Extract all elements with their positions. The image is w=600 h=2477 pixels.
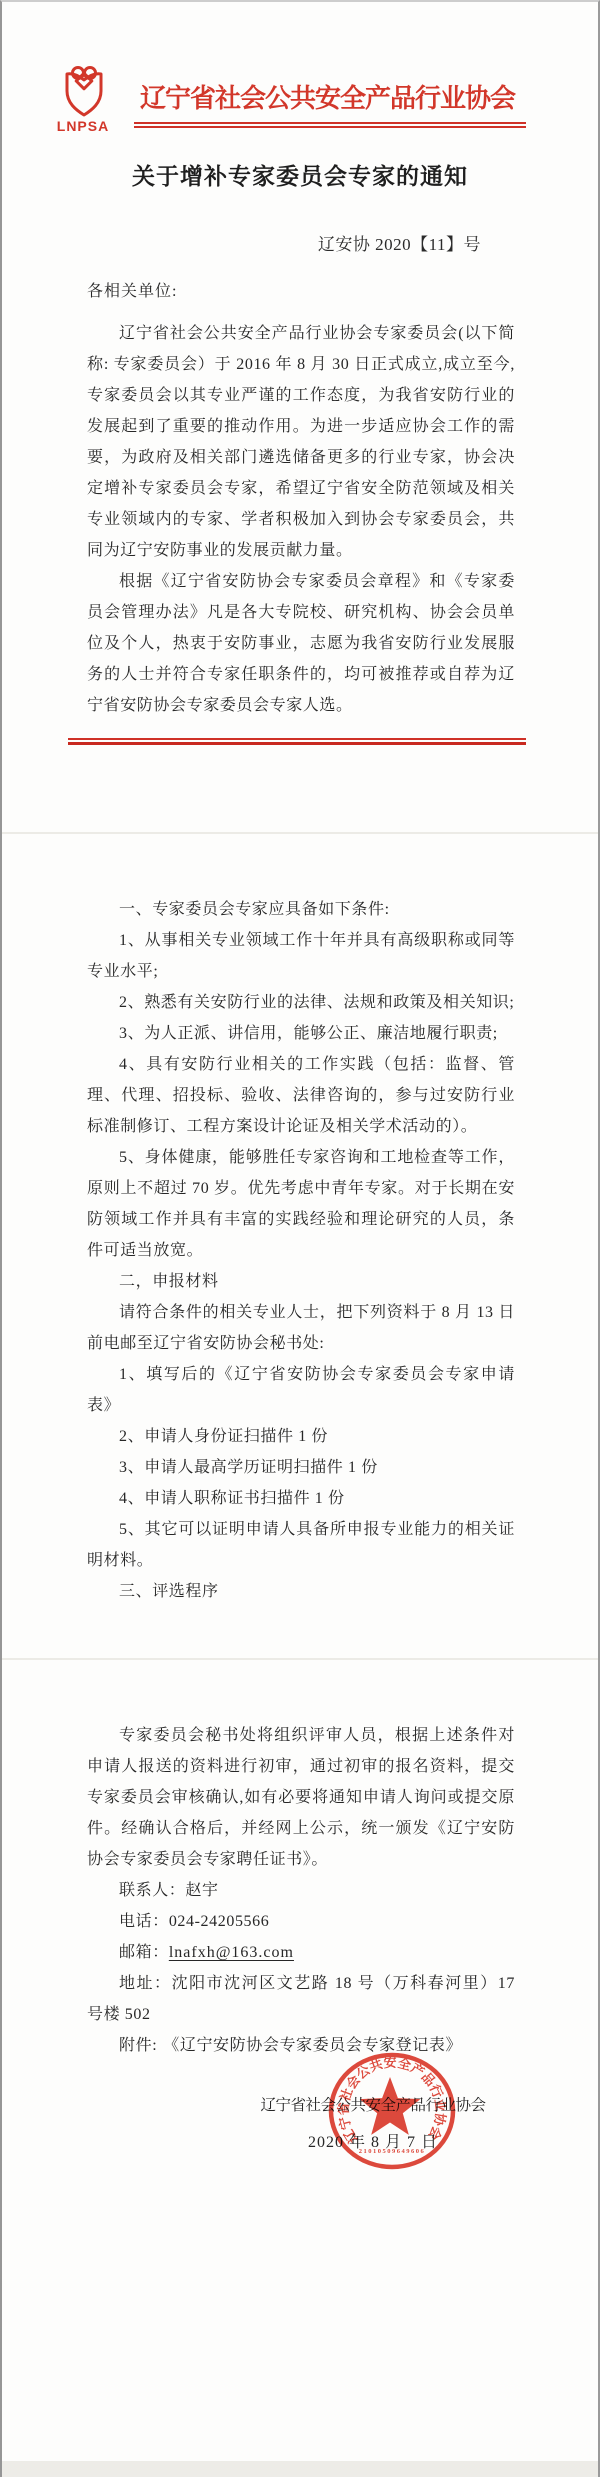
section1-heading: 一、专家委员会专家应具备如下条件: — [87, 894, 515, 925]
page-seam — [2, 1658, 598, 1660]
contact-phone-line: 电话：024-24205566 — [87, 1906, 515, 1937]
contact-person-value: 赵宇 — [185, 1882, 218, 1899]
intro-paragraph: 辽宁省社会公共安全产品行业协会专家委员会(以下简称: 专家委员会）于 2016 … — [87, 318, 515, 566]
page1-footer-red-rule — [68, 738, 526, 745]
page2-body: 一、专家委员会专家应具备如下条件: 1、从事相关专业领域工作十年并具有高级职称或… — [87, 894, 515, 1607]
association-name-header: 辽宁省社会公共安全产品行业协会 — [140, 84, 522, 114]
scan-bottom-edge — [2, 2461, 598, 2477]
section1-item: 1、从事相关专业领域工作十年并具有高级职称或同等专业水平; — [87, 925, 515, 987]
logo-acronym: LNPSA — [48, 118, 118, 134]
page3-body: 专家委员会秘书处将组织评审人员，根据上述条件对申请人报送的资料进行初审，通过初审… — [87, 1720, 515, 2061]
section2-item: 5、其它可以证明申请人具备所申报专业能力的相关证明材料。 — [87, 1514, 515, 1576]
section2-heading: 二，申报材料 — [87, 1266, 515, 1297]
seal-serial-number: 21010509649606 — [359, 2148, 426, 2155]
scanned-notice-document: LNPSA 辽宁省社会公共安全产品行业协会 关于增补专家委员会专家的通知 辽安协… — [0, 0, 600, 2477]
section1-item: 5、身体健康，能够胜任专家咨询和工地检查等工作，原则上不超过 70 岁。优先考虑… — [87, 1142, 515, 1266]
section2-item: 3、申请人最高学历证明扫描件 1 份 — [87, 1452, 515, 1483]
official-seal-stamp: 辽宁省社会公共安全产品行业协会 21010509649606 — [325, 2051, 459, 2175]
contact-person-label: 联系人： — [119, 1882, 185, 1899]
contact-phone-value: 024-24205566 — [169, 1913, 270, 1930]
contact-address-line: 地址：沈阳市沈河区文艺路 18 号（万科春河里）17 号楼 502 — [87, 1968, 515, 2030]
document-number: 辽安协 2020【11】号 — [318, 230, 481, 255]
page1-body: 辽宁省社会公共安全产品行业协会专家委员会(以下简称: 专家委员会）于 2016 … — [87, 318, 515, 721]
section1-item: 3、为人正派、讲信用，能够公正、廉洁地履行职责; — [87, 1018, 515, 1049]
contact-phone-label: 电话： — [119, 1913, 169, 1930]
section2-item: 2、申请人身份证扫描件 1 份 — [87, 1421, 515, 1452]
contact-email-line: 邮箱：lnafxh@163.com — [87, 1937, 515, 1968]
basis-paragraph: 根据《辽宁省安防协会专家委员会章程》和《专家委员会管理办法》凡是各大专院校、研究… — [87, 566, 515, 721]
attachment-label: 附件: — [119, 2037, 157, 2054]
section2-item: 4、申请人职称证书扫描件 1 份 — [87, 1483, 515, 1514]
section2-intro: 请符合条件的相关专业人士，把下列资料于 8 月 13 日前电邮至辽宁省安防协会秘… — [87, 1297, 515, 1359]
section1-item: 4、具有安防行业相关的工作实践（包括：监督、管理、代理、招投标、验收、法律咨询的… — [87, 1049, 515, 1142]
contact-email-value: lnafxh@163.com — [169, 1944, 294, 1961]
section3-paragraph: 专家委员会秘书处将组织评审人员，根据上述条件对申请人报送的资料进行初审，通过初审… — [87, 1720, 515, 1875]
seal-star-icon — [360, 2077, 421, 2135]
header-double-rule — [134, 122, 526, 128]
section2-item: 1、填写后的《辽宁省安防协会专家委员会专家申请表》 — [87, 1359, 515, 1421]
contact-person-line: 联系人：赵宇 — [87, 1875, 515, 1906]
salutation: 各相关单位: — [87, 278, 177, 301]
section1-item: 2、熟悉有关安防行业的法律、法规和政策及相关知识; — [87, 987, 515, 1018]
contact-address-label: 地址： — [119, 1975, 172, 1992]
section3-heading: 三、评选程序 — [87, 1576, 515, 1607]
contact-email-label: 邮箱： — [119, 1944, 169, 1961]
page-seam — [2, 832, 598, 834]
notice-title: 关于增补专家委员会专家的通知 — [2, 158, 598, 191]
association-logo-icon — [64, 65, 104, 117]
